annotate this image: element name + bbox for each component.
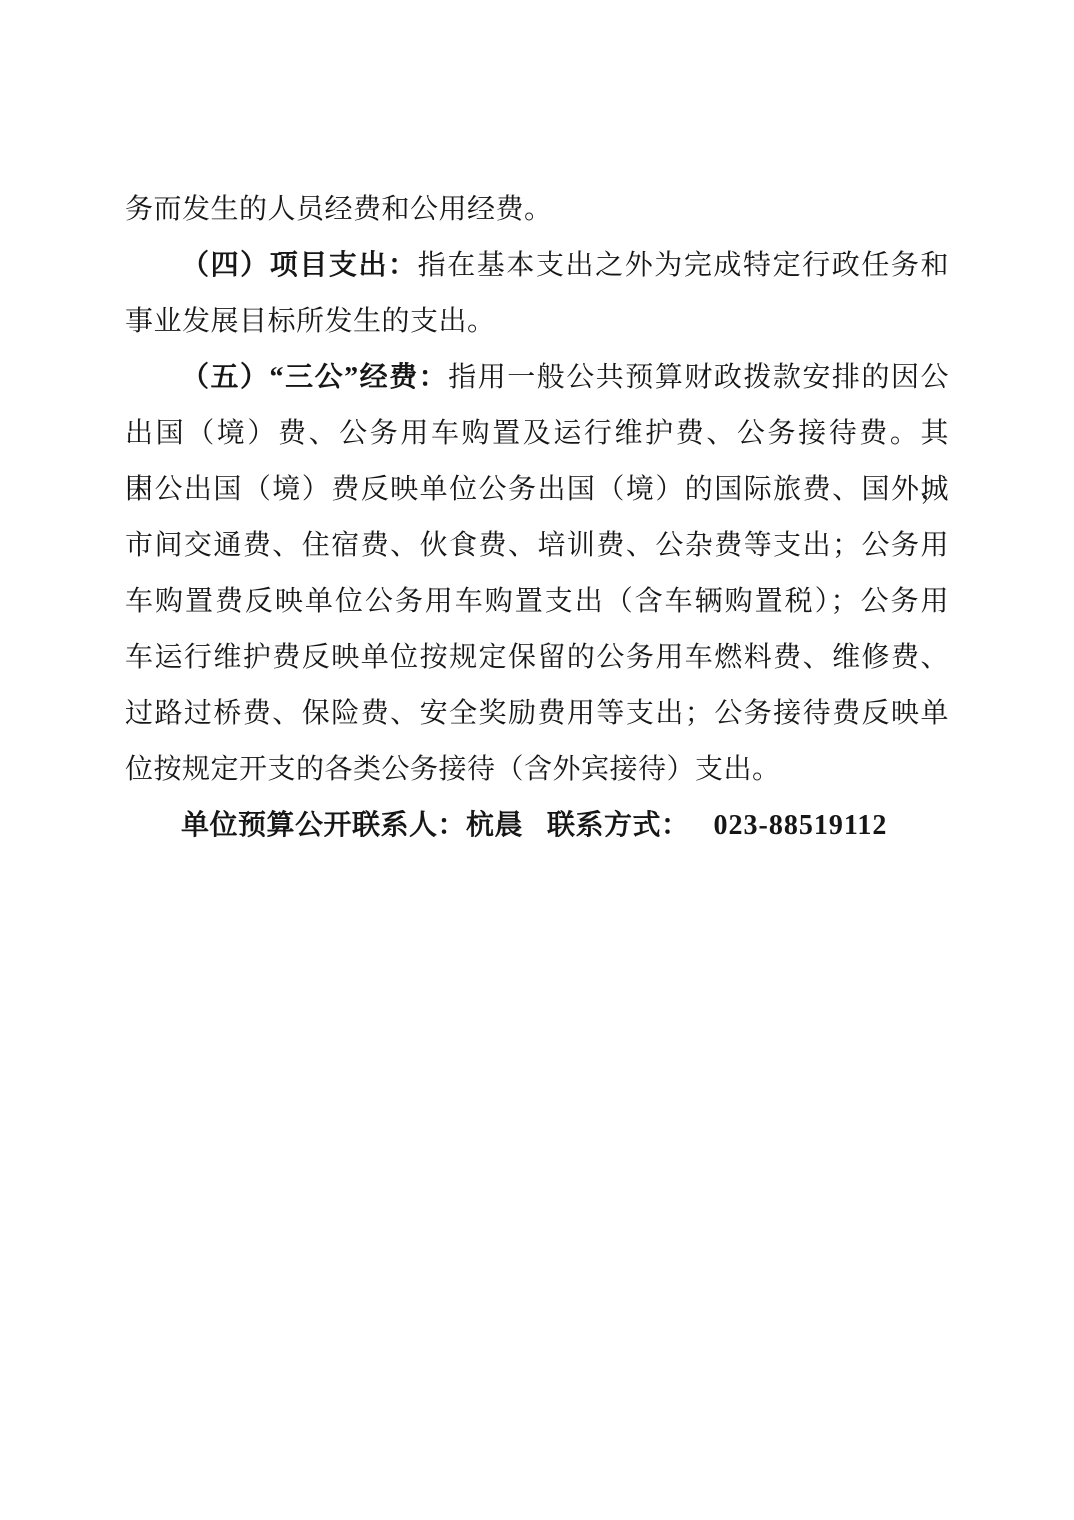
body-text-run: 车运行维护费反映单位按规定保留的公务用车燃料费、维修费、 <box>125 642 949 673</box>
body-text-run: 务而发生的人员经费和公用经费。 <box>125 194 553 225</box>
text-line: 过路过桥费、保险费、安全奖励费用等支出；公务接待费反映单 <box>125 686 949 742</box>
text-line: 市间交通费、住宿费、伙食费、培训费、公杂费等支出；公务用 <box>125 518 949 574</box>
document-page: 务而发生的人员经费和公用经费。（四）项目支出：指在基本支出之外为完成特定行政任务… <box>0 0 1074 1520</box>
contact-person-name: 杭晨 <box>466 810 523 841</box>
contact-person-label: 单位预算公开联系人： <box>181 810 466 841</box>
text-line: 位按规定开支的各类公务接待（含外宾接待）支出。 <box>125 742 949 798</box>
text-line: 车运行维护费反映单位按规定保留的公务用车燃料费、维修费、 <box>125 630 949 686</box>
body-text-run: 市间交通费、住宿费、伙食费、培训费、公杂费等支出；公务用 <box>125 530 949 561</box>
text-line: 务而发生的人员经费和公用经费。 <box>125 182 949 238</box>
body-text-run: 指在基本支出之外为完成特定行政任务和 <box>418 250 949 281</box>
text-line: （四）项目支出：指在基本支出之外为完成特定行政任务和 <box>125 238 949 294</box>
text-line: 车购置费反映单位公务用车购置支出（含车辆购置税）；公务用 <box>125 574 949 630</box>
text-line: 单位预算公开联系人：杭晨联系方式：023-88519112 <box>125 798 949 854</box>
body-text-run: 因公出国（境）费反映单位公务出国（境）的国际旅费、国外城 <box>125 474 949 505</box>
text-line: 因公出国（境）费反映单位公务出国（境）的国际旅费、国外城 <box>125 462 949 518</box>
body-text-run: 指用一般公共预算财政拨款安排的因公 <box>448 362 949 393</box>
body-text-run: 过路过桥费、保险费、安全奖励费用等支出；公务接待费反映单 <box>125 698 949 729</box>
term-heading-item5: （五）“三公”经费： <box>181 362 448 393</box>
body-text-run: 车购置费反映单位公务用车购置支出（含车辆购置税）；公务用 <box>125 586 949 617</box>
text-line: （五）“三公”经费：指用一般公共预算财政拨款安排的因公 <box>125 350 949 406</box>
document-content: 务而发生的人员经费和公用经费。（四）项目支出：指在基本支出之外为完成特定行政任务… <box>125 182 949 854</box>
body-text-run: 位按规定开支的各类公务接待（含外宾接待）支出。 <box>125 754 781 785</box>
body-text-run: 事业发展目标所发生的支出。 <box>125 306 496 337</box>
text-line: 出国（境）费、公务用车购置及运行维护费、公务接待费。其中， <box>125 406 949 462</box>
contact-method-label: 联系方式： <box>547 810 690 841</box>
term-heading-item4: （四）项目支出： <box>181 250 418 281</box>
text-line: 事业发展目标所发生的支出。 <box>125 294 949 350</box>
contact-phone: 023-88519112 <box>714 810 888 841</box>
